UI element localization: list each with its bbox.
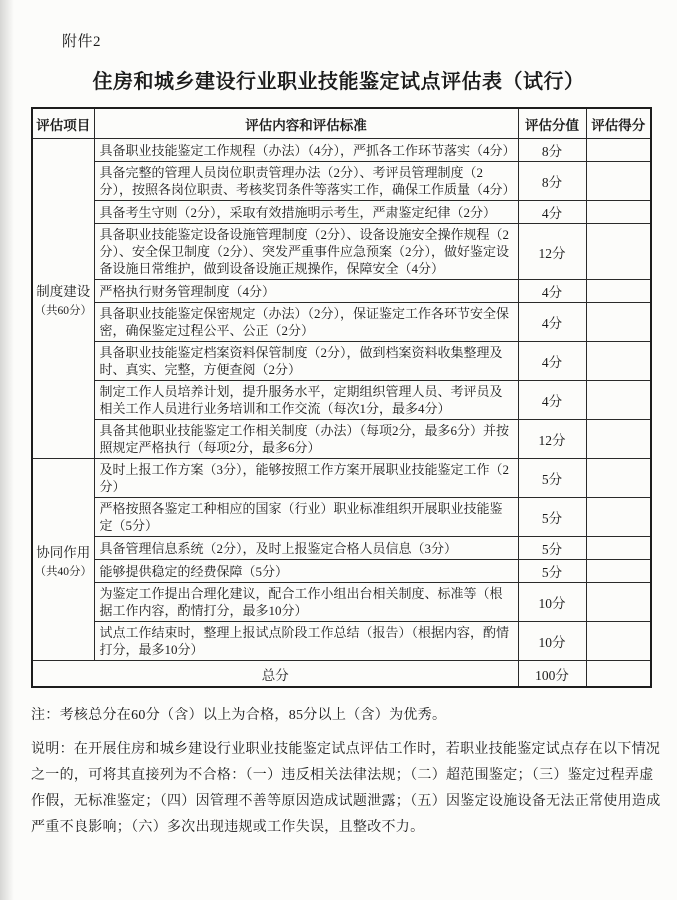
- category-subtotal: （共60分）: [34, 302, 93, 318]
- table-row: 具备职业技能鉴定档案资料保管制度（2分），做到档案资料收集整理及时、真实、完整，…: [32, 342, 651, 381]
- header-cell-score-earned: 评估得分: [586, 108, 651, 139]
- score-value-cell: 5分: [518, 560, 586, 583]
- total-score-cell: [586, 661, 651, 688]
- table-row: 协同作用（共40分）及时上报工作方案（3分），能够按照工作方案开展职业技能鉴定工…: [32, 459, 651, 498]
- score-value-cell: 12分: [518, 224, 586, 280]
- criteria-text-cell: 具备职业技能鉴定档案资料保管制度（2分），做到档案资料收集整理及时、真实、完整，…: [94, 342, 518, 381]
- table-row: 试点工作结束时，整理上报试点阶段工作总结（报告）（根据内容，酌情打分，最多10分…: [32, 622, 651, 661]
- table-row: 为鉴定工作提出合理化建议，配合工作小组出台相关制度、标准等（根据工作内容，酌情打…: [32, 583, 651, 622]
- score-value-cell: 4分: [518, 303, 586, 342]
- criteria-text-cell: 能够提供稳定的经费保障（5分）: [94, 560, 518, 583]
- criteria-text-cell: 及时上报工作方案（3分），能够按照工作方案开展职业技能鉴定工作（2分）: [94, 459, 518, 498]
- table-body: 制度建设（共60分）具备职业技能鉴定工作规程（办法）（4分），严抓各工作环节落实…: [32, 139, 651, 661]
- criteria-text-cell: 具备考生守则（2分），采取有效措施明示考生，严肃鉴定纪律（2分）: [94, 201, 518, 224]
- score-value-cell: 5分: [518, 537, 586, 560]
- score-earned-cell: [586, 560, 651, 583]
- table-row: 严格执行财务管理制度（4分）4分: [32, 280, 651, 303]
- criteria-text-cell: 具备职业技能鉴定工作规程（办法）（4分），严抓各工作环节落实（4分）: [94, 139, 518, 162]
- category-name: 协同作用: [34, 541, 93, 561]
- criteria-text-cell: 为鉴定工作提出合理化建议，配合工作小组出台相关制度、标准等（根据工作内容，酌情打…: [94, 583, 518, 622]
- score-value-cell: 4分: [518, 381, 586, 420]
- category-cell: 协同作用（共40分）: [32, 459, 94, 661]
- score-value-cell: 8分: [518, 162, 586, 201]
- score-earned-cell: [586, 201, 651, 224]
- table-row: 具备职业技能鉴定保密规定（办法）（2分），保证鉴定工作各环节安全保密，确保鉴定过…: [32, 303, 651, 342]
- criteria-text-cell: 试点工作结束时，整理上报试点阶段工作总结（报告）（根据内容，酌情打分，最多10分…: [94, 622, 518, 661]
- evaluation-table: 评估项目 评估内容和评估标准 评估分值 评估得分 制度建设（共60分）具备职业技…: [31, 107, 652, 688]
- table-row: 能够提供稳定的经费保障（5分）5分: [32, 560, 651, 583]
- criteria-text-cell: 具备其他职业技能鉴定工作相关制度（办法）（每项2分，最多6分）并按照规定严格执行…: [94, 420, 518, 459]
- table-row: 严格按照各鉴定工种相应的国家（行业）职业标准组织开展职业技能鉴定（5分）5分: [32, 498, 651, 537]
- score-value-cell: 4分: [518, 342, 586, 381]
- score-earned-cell: [586, 459, 651, 498]
- table-row: 制度建设（共60分）具备职业技能鉴定工作规程（办法）（4分），严抓各工作环节落实…: [32, 139, 651, 162]
- score-value-cell: 12分: [518, 420, 586, 459]
- criteria-text-cell: 制定工作人员培养计划，提升服务水平，定期组织管理人员、考评员及相关工作人员进行业…: [94, 381, 518, 420]
- table-footer: 总分 100分: [32, 661, 651, 688]
- header-cell-score-value: 评估分值: [518, 108, 586, 139]
- table-row: 具备完整的管理人员岗位职责管理办法（2分）、考评员管理制度（2分），按照各岗位职…: [32, 162, 651, 201]
- header-cell-criteria: 评估内容和评估标准: [94, 108, 518, 139]
- score-earned-cell: [586, 381, 651, 420]
- score-earned-cell: [586, 498, 651, 537]
- table-row: 具备其他职业技能鉴定工作相关制度（办法）（每项2分，最多6分）并按照规定严格执行…: [32, 420, 651, 459]
- total-value-cell: 100分: [518, 661, 586, 688]
- category-name: 制度建设: [34, 280, 93, 300]
- score-value-cell: 10分: [518, 583, 586, 622]
- score-earned-cell: [586, 139, 651, 162]
- score-value-cell: 10分: [518, 622, 586, 661]
- table-row: 制定工作人员培养计划，提升服务水平，定期组织管理人员、考评员及相关工作人员进行业…: [32, 381, 651, 420]
- total-label-cell: 总分: [32, 661, 518, 688]
- criteria-text-cell: 具备管理信息系统（2分），及时上报鉴定合格人员信息（3分）: [94, 537, 518, 560]
- score-earned-cell: [586, 342, 651, 381]
- explanation-note: 说明：在开展住房和城乡建设行业职业技能鉴定试点评估工作时，若职业技能鉴定试点存在…: [31, 737, 663, 841]
- score-earned-cell: [586, 162, 651, 201]
- score-value-cell: 4分: [518, 280, 586, 303]
- table-row: 具备职业技能鉴定设备设施管理制度（2分）、设备设施安全操作规程（2分）、安全保卫…: [32, 224, 651, 280]
- score-earned-cell: [586, 280, 651, 303]
- criteria-text-cell: 具备完整的管理人员岗位职责管理办法（2分）、考评员管理制度（2分），按照各岗位职…: [94, 162, 518, 201]
- criteria-text-cell: 严格按照各鉴定工种相应的国家（行业）职业标准组织开展职业技能鉴定（5分）: [94, 498, 518, 537]
- score-value-cell: 8分: [518, 139, 586, 162]
- score-value-cell: 5分: [518, 498, 586, 537]
- score-earned-cell: [586, 622, 651, 661]
- scan-edge-shading: [0, 0, 14, 900]
- score-value-cell: 5分: [518, 459, 586, 498]
- table-header-row: 评估项目 评估内容和评估标准 评估分值 评估得分: [32, 108, 651, 139]
- score-earned-cell: [586, 303, 651, 342]
- score-earned-cell: [586, 583, 651, 622]
- total-row: 总分 100分: [32, 661, 651, 688]
- criteria-text-cell: 具备职业技能鉴定设备设施管理制度（2分）、设备设施安全操作规程（2分）、安全保卫…: [94, 224, 518, 280]
- attachment-label: 附件2: [62, 30, 677, 51]
- grading-note: 注：考核总分在60分（含）以上为合格，85分以上（含）为优秀。: [31, 704, 677, 724]
- score-value-cell: 4分: [518, 201, 586, 224]
- category-subtotal: （共40分）: [34, 563, 93, 579]
- page-title: 住房和城乡建设行业职业技能鉴定试点评估表（试行）: [0, 65, 677, 94]
- table-row: 具备考生守则（2分），采取有效措施明示考生，严肃鉴定纪律（2分）4分: [32, 201, 651, 224]
- category-cell: 制度建设（共60分）: [32, 139, 94, 459]
- criteria-text-cell: 具备职业技能鉴定保密规定（办法）（2分），保证鉴定工作各环节安全保密，确保鉴定过…: [94, 303, 518, 342]
- score-earned-cell: [586, 420, 651, 459]
- table-row: 具备管理信息系统（2分），及时上报鉴定合格人员信息（3分）5分: [32, 537, 651, 560]
- criteria-text-cell: 严格执行财务管理制度（4分）: [94, 280, 518, 303]
- score-earned-cell: [586, 224, 651, 280]
- header-cell-project: 评估项目: [32, 108, 94, 139]
- score-earned-cell: [586, 537, 651, 560]
